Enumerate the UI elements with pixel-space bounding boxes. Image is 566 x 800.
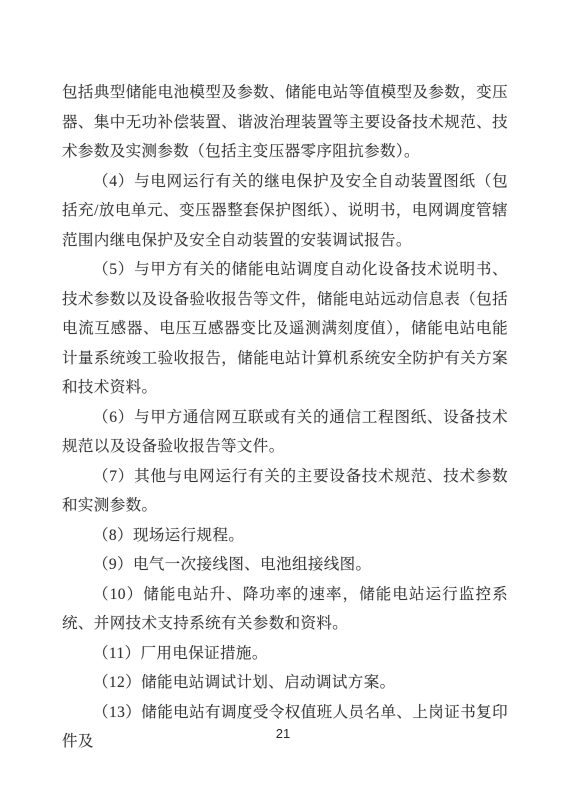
paragraph-item-11: （11）厂用电保证措施。 bbox=[62, 639, 508, 669]
paragraph-item-8: （8）现场运行规程。 bbox=[62, 521, 508, 551]
paragraph-continuation: 包括典型储能电池模型及参数、储能电站等值模型及参数，变压器、集中无功补偿装置、谐… bbox=[62, 78, 508, 167]
paragraph-item-5: （5）与甲方有关的储能电站调度自动化设备技术说明书、技术参数以及设备验收报告等文… bbox=[62, 255, 508, 403]
paragraph-item-4: （4）与电网运行有关的继电保护及安全自动装置图纸（包括充/放电单元、变压器整套保… bbox=[62, 167, 508, 256]
paragraph-item-12: （12）储能电站调试计划、启动调试方案。 bbox=[62, 668, 508, 698]
paragraph-item-7: （7）其他与电网运行有关的主要设备技术规范、技术参数和实测参数。 bbox=[62, 462, 508, 521]
page-number: 21 bbox=[0, 726, 566, 741]
paragraph-item-9: （9）电气一次接线图、电池组接线图。 bbox=[62, 550, 508, 580]
paragraph-item-6: （6）与甲方通信网互联或有关的通信工程图纸、设备技术规范以及设备验收报告等文件。 bbox=[62, 403, 508, 462]
document-body: 包括典型储能电池模型及参数、储能电站等值模型及参数，变压器、集中无功补偿装置、谐… bbox=[62, 78, 508, 757]
paragraph-item-10: （10）储能电站升、降功率的速率，储能电站运行监控系统、并网技术支持系统有关参数… bbox=[62, 580, 508, 639]
document-page: 包括典型储能电池模型及参数、储能电站等值模型及参数，变压器、集中无功补偿装置、谐… bbox=[0, 0, 566, 800]
